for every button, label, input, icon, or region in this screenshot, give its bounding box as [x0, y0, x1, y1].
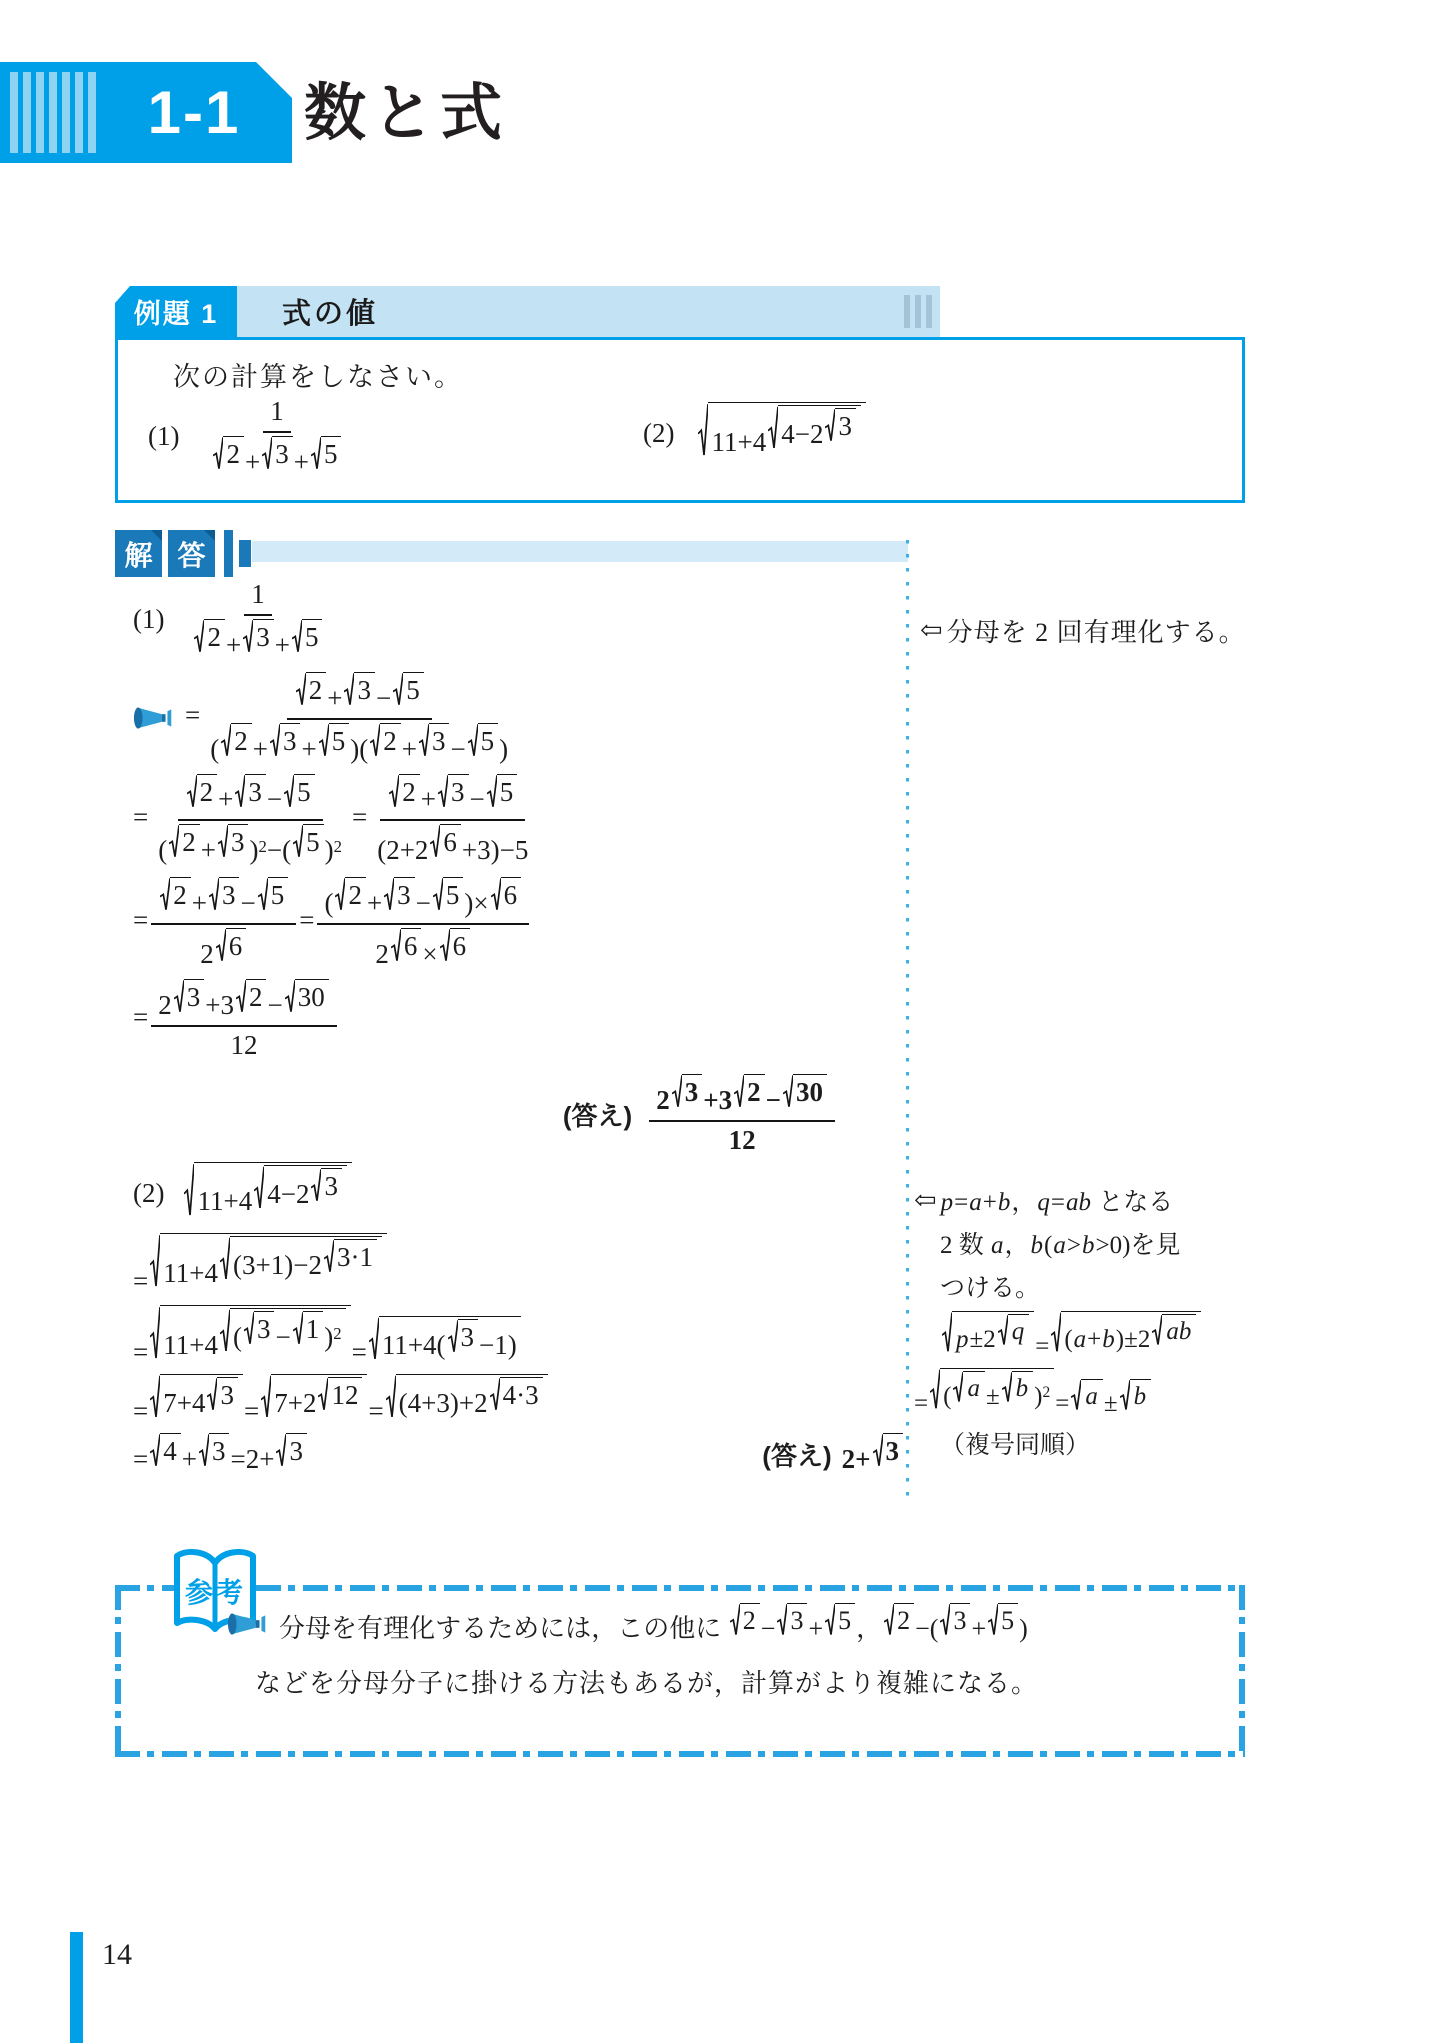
stripe	[88, 72, 96, 153]
solution-strip	[252, 541, 908, 562]
ref-border-left	[115, 1585, 121, 1757]
ref-border-bottom	[115, 1751, 1245, 1757]
solution-header: 解 答	[115, 530, 251, 577]
margin-note-2: ⇦p=a+b，q=ab となる2 数 a，b(a>b>0)を見つける。p±2q=…	[914, 1182, 1344, 1468]
answer-label: (答え)	[762, 1436, 831, 1473]
stripe	[23, 72, 31, 153]
megaphone-icon	[227, 1609, 271, 1639]
megaphone-icon	[133, 703, 177, 733]
example-badge: 例題 1	[115, 286, 237, 337]
line-math: =(a±b)2=a±b	[914, 1368, 1152, 1418]
left-arrow-icon: ⇦	[914, 1185, 937, 1216]
solution-line: (1)12+3+5	[133, 578, 908, 661]
note-line: ⇦p=a+b，q=ab となる	[914, 1182, 1344, 1218]
chapter-number: 1-1	[108, 63, 280, 162]
chapter-band-stripes	[10, 72, 96, 153]
stripe	[49, 72, 57, 153]
line-math: =23+32−3012	[133, 978, 340, 1061]
line-math: p±2q=(a+b)±2ab	[940, 1311, 1202, 1361]
problem-box: 次の計算をしなさい。 (1) 12+3+5 (2) 11+44−23	[115, 337, 1245, 503]
problem-1-label: (1)	[148, 421, 179, 452]
solution-part1: (1)12+3+5=2+3−5(2+3+5)(2+3−5)=2+3−5(2+3)…	[133, 578, 908, 1061]
line-math: =2+3−526=(2+3−5)×626×6	[133, 876, 532, 970]
answer-badge: 答	[168, 530, 215, 577]
solution-line: =4+3=2+3(答え)2+3	[133, 1433, 908, 1475]
line-math: =7+43=7+212=(4+3)+24·3	[133, 1374, 549, 1427]
note-line: =(a±b)2=a±b	[914, 1368, 1344, 1418]
reference-line-1: 分母を有理化するためには，この他に 2−3+5，2−(3+5)	[227, 1603, 1028, 1645]
stripe	[62, 72, 70, 153]
answer-label: (答え)	[563, 1096, 632, 1133]
note-line: 2 数 a，b(a>b>0)を見	[914, 1225, 1344, 1261]
line-math: =11+4(3−1)2=11+4(3−1)	[133, 1305, 522, 1369]
stripe	[915, 295, 921, 328]
line-math: =11+4(3+1)−23·1	[133, 1233, 388, 1297]
margin-note-1: ⇦ 分母を 2 回有理化する。	[920, 612, 1246, 649]
solution-line: =2+3−526=(2+3−5)×626×6	[133, 876, 908, 970]
solution-part2: (2)11+44−23=11+4(3+1)−23·1=11+4(3−1)2=11…	[133, 1162, 908, 1475]
problem-2-math: 11+44−23	[696, 402, 866, 466]
note-line: （複号同順）	[914, 1425, 1344, 1461]
margin-note-1-text: 分母を 2 回有理化する。	[947, 612, 1246, 649]
badge-nub	[224, 530, 233, 577]
problem-2: (2) 11+44−23	[643, 402, 867, 466]
line-text: つける。	[940, 1268, 1040, 1304]
page-title: 数と式	[304, 70, 508, 158]
line-label: (1)	[133, 604, 164, 635]
line-math: =4+3=2+3	[133, 1433, 308, 1475]
line-math: 11+44−23	[182, 1162, 352, 1226]
reference-line-2: などを分母分子に掛ける方法もあるが，計算がより複雑になる。	[255, 1663, 1038, 1700]
page-edge-bar	[70, 1932, 83, 2043]
solution-column: (1)12+3+5=2+3−5(2+3+5)(2+3−5)=2+3−5(2+3)…	[133, 578, 908, 1475]
ref-border-top	[115, 1585, 1245, 1591]
stripe	[926, 295, 932, 328]
problem-prompt: 次の計算をしなさい。	[173, 355, 463, 394]
answer-math: 2+3	[842, 1433, 904, 1475]
note-line: つける。	[914, 1268, 1344, 1304]
line-label: (2)	[133, 1178, 164, 1209]
solution-line: =2+3−5(2+3)2−(5)2=2+3−5(2+26+3)−5	[133, 773, 908, 867]
line-math: =2+3−5(2+3+5)(2+3−5)	[185, 671, 518, 765]
badge-nub	[239, 540, 251, 567]
line-math: 2 数 a，b(a>b>0)を見	[940, 1225, 1180, 1261]
answer-tail: (答え)2+3	[762, 1433, 908, 1475]
solve-badge: 解	[115, 530, 162, 577]
solution-line: =23+32−3012	[133, 978, 908, 1061]
solution-line: =2+3−5(2+3+5)(2+3−5)	[133, 671, 908, 765]
stripe	[36, 72, 44, 153]
ref-border-right	[1239, 1585, 1245, 1757]
line-math: p=a+b，q=ab となる	[940, 1182, 1174, 1218]
stripe	[75, 72, 83, 153]
answer-math: 23+32−3012	[646, 1073, 838, 1156]
problem-2-label: (2)	[643, 418, 674, 449]
problem-1-math: 12+3+5	[201, 395, 352, 478]
title-bar-deco-stripes	[904, 295, 932, 328]
note-line: p±2q=(a+b)±2ab	[914, 1311, 1344, 1361]
left-arrow-icon: ⇦	[920, 615, 944, 646]
textbook-page: 1-1 数と式 例題 1 式の値 次の計算をしなさい。 (1) 12+3+5 (…	[0, 0, 1440, 2043]
line-math: 12+3+5	[182, 578, 333, 661]
solution-line: =7+43=7+212=(4+3)+24·3	[133, 1374, 908, 1427]
stripe	[904, 295, 910, 328]
stripe	[10, 72, 18, 153]
reference-line-1-math: 分母を有理化するためには，この他に 2−3+5，2−(3+5)	[279, 1603, 1028, 1645]
example-title-bar: 式の値	[237, 286, 940, 337]
problem-1: (1) 12+3+5	[148, 395, 352, 478]
line-math: =2+3−5(2+3)2−(5)2=2+3−5(2+26+3)−5	[133, 773, 538, 867]
solution-line: =11+4(3−1)2=11+4(3−1)	[133, 1305, 908, 1369]
example-title: 式の値	[282, 286, 378, 337]
solution-line: =11+4(3+1)−23·1	[133, 1233, 908, 1297]
reference-box: 参考 分母を有理化するためには，この他に 2−3+5，2−(3+5) などを分母…	[115, 1585, 1245, 1757]
page-number: 14	[102, 1938, 132, 1972]
answer-line-1: (答え) 23+32−3012	[133, 1073, 908, 1156]
line-text: （複号同順）	[940, 1425, 1090, 1461]
solution-line: (2)11+44−23	[133, 1162, 908, 1226]
